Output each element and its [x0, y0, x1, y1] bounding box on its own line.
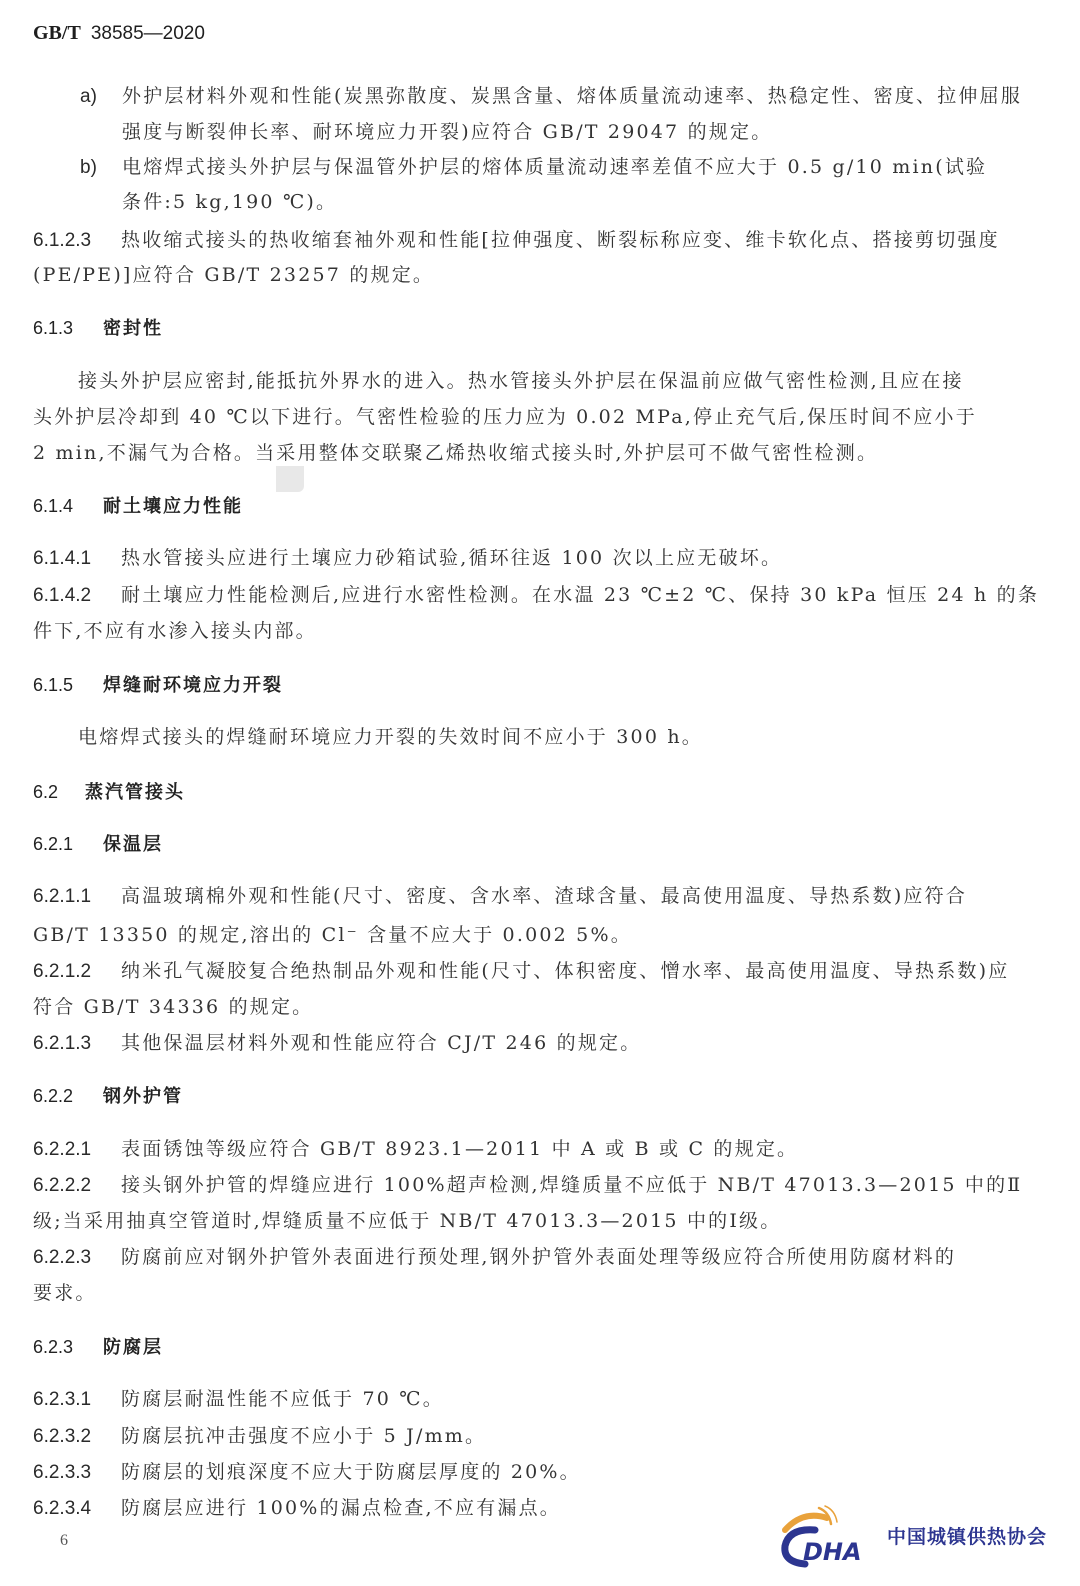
section-title: 密封性	[103, 318, 163, 339]
page-number: 6	[60, 1532, 68, 1550]
paragraph-line: 接头外护层应密封,能抵抗外界水的进入。热水管接头外护层在保温前应做气密性检测,且…	[78, 369, 964, 393]
clause-text: 耐土壤应力性能检测后,应进行水密性检测。在水温 23 ℃±2 ℃、保持 30 k…	[121, 584, 1039, 606]
clause-6-2-2-3: 6.2.2.3防腐前应对钢外护管外表面进行预处理,钢外护管外表面处理等级应符合所…	[33, 1245, 956, 1270]
cdha-logo: DHA 中国城镇供热协会	[775, 1500, 1065, 1570]
clause-6-2-2-2: 6.2.2.2接头钢外护管的焊缝应进行 100%超声检测,焊缝质量不应低于 NB…	[33, 1173, 1022, 1198]
clause-text: 表面锈蚀等级应符合 GB/T 8923.1—2011 中 A 或 B 或 C 的…	[121, 1138, 798, 1160]
clause-text: (PE/PE)]应符合 GB/T 23257 的规定。	[33, 264, 434, 286]
paragraph-text: 头外护层冷却到 40 ℃以下进行。气密性检验的压力应为 0.02 MPa,停止充…	[33, 406, 977, 428]
standard-prefix: GB/T	[33, 22, 81, 44]
section-number: 6.1.5	[33, 673, 103, 697]
clause-text: 防腐层的划痕深度不应大于防腐层厚度的 20%。	[121, 1461, 581, 1483]
clause-6-2-1-2: 6.2.1.2纳米孔气凝胶复合绝热制品外观和性能(尺寸、体积密度、憎水率、最高使…	[33, 959, 1009, 984]
clause-text: 防腐层耐温性能不应低于 70 ℃。	[121, 1388, 444, 1410]
section-number: 6.2.1	[33, 832, 103, 856]
clause-text: 接头钢外护管的焊缝应进行 100%超声检测,焊缝质量不应低于 NB/T 4701…	[121, 1174, 1022, 1196]
section-number: 6.1.4	[33, 494, 103, 518]
clause-text: GB/T 13350 的规定,溶出的 Cl⁻ 含量不应大于 0.002 5%。	[33, 924, 632, 946]
clause-text: 防腐层抗冲击强度不应小于 5 J/mm。	[121, 1425, 486, 1447]
section-heading-6-2-1: 6.2.1保温层	[33, 832, 163, 857]
section-title: 焊缝耐环境应力开裂	[103, 675, 283, 696]
list-text: 电熔焊式接头外护层与保温管外护层的熔体质量流动速率差值不应大于 0.5 g/10…	[122, 156, 987, 178]
clause-text: 防腐前应对钢外护管外表面进行预处理,钢外护管外表面处理等级应符合所使用防腐材料的	[121, 1246, 956, 1268]
paragraph-text: 接头外护层应密封,能抵抗外界水的进入。热水管接头外护层在保温前应做气密性检测,且…	[78, 370, 964, 392]
list-text: 强度与断裂伸长率、耐环境应力开裂)应符合 GB/T 29047 的规定。	[122, 121, 772, 143]
document-code-header: GB/T 38585—2020	[33, 22, 205, 45]
clause-6-2-2-2-cont: 级;当采用抽真空管道时,焊缝质量不应低于 NB/T 47013.3—2015 中…	[33, 1209, 781, 1233]
list-item-a-cont: 强度与断裂伸长率、耐环境应力开裂)应符合 GB/T 29047 的规定。	[122, 120, 772, 144]
clause-number: 6.1.4.2	[33, 584, 121, 608]
clause-6-1-4-1: 6.1.4.1热水管接头应进行土壤应力砂箱试验,循环往返 100 次以上应无破坏…	[33, 546, 782, 571]
list-item-b: b)电熔焊式接头外护层与保温管外护层的熔体质量流动速率差值不应大于 0.5 g/…	[80, 155, 987, 180]
standard-number: 38585—2020	[91, 23, 205, 44]
clause-text: 级;当采用抽真空管道时,焊缝质量不应低于 NB/T 47013.3—2015 中…	[33, 1210, 781, 1232]
section-title: 耐土壤应力性能	[103, 496, 243, 517]
list-text: 条件:5 kg,190 ℃)。	[122, 191, 337, 213]
clause-text: 其他保温层材料外观和性能应符合 CJ/T 246 的规定。	[121, 1032, 641, 1054]
paragraph-text: 2 min,不漏气为合格。当采用整体交联聚乙烯热收缩式接头时,外护层可不做气密性…	[33, 442, 878, 464]
clause-number: 6.2.1.1	[33, 885, 121, 909]
clause-6-2-1-1: 6.2.1.1高温玻璃棉外观和性能(尺寸、密度、含水率、渣球含量、最高使用温度、…	[33, 884, 967, 909]
clause-text: 件下,不应有水渗入接头内部。	[33, 620, 317, 642]
clause-6-2-3-4: 6.2.3.4防腐层应进行 100%的漏点检查,不应有漏点。	[33, 1496, 561, 1521]
paragraph-text: 电熔焊式接头的焊缝耐环境应力开裂的失效时间不应小于 300 h。	[78, 726, 703, 748]
clause-text: 要求。	[33, 1282, 97, 1304]
section-title: 钢外护管	[103, 1086, 183, 1107]
clause-6-1-2-3-cont: (PE/PE)]应符合 GB/T 23257 的规定。	[33, 263, 434, 287]
clause-text: 符合 GB/T 34336 的规定。	[33, 996, 313, 1018]
association-name: 中国城镇供热协会	[887, 1522, 1047, 1549]
clause-text: 防腐层应进行 100%的漏点检查,不应有漏点。	[121, 1497, 561, 1519]
section-title: 防腐层	[103, 1337, 163, 1358]
clause-number: 6.2.1.3	[33, 1032, 121, 1056]
section-title: 保温层	[103, 834, 163, 855]
paragraph-line: 2 min,不漏气为合格。当采用整体交联聚乙烯热收缩式接头时,外护层可不做气密性…	[33, 441, 878, 465]
clause-number: 6.1.2.3	[33, 229, 121, 253]
clause-number: 6.2.2.1	[33, 1138, 121, 1162]
clause-number: 6.2.3.2	[33, 1425, 121, 1449]
clause-number: 6.2.2.3	[33, 1246, 121, 1270]
section-number: 6.2.2	[33, 1084, 103, 1108]
clause-6-2-2-1: 6.2.2.1表面锈蚀等级应符合 GB/T 8923.1—2011 中 A 或 …	[33, 1137, 798, 1162]
clause-number: 6.2.2.2	[33, 1174, 121, 1198]
clause-number: 6.2.3.3	[33, 1461, 121, 1485]
section-heading-6-1-5: 6.1.5焊缝耐环境应力开裂	[33, 673, 283, 698]
paragraph-line: 头外护层冷却到 40 ℃以下进行。气密性检验的压力应为 0.02 MPa,停止充…	[33, 405, 977, 429]
cdha-logo-icon: DHA	[775, 1500, 895, 1570]
section-title: 蒸汽管接头	[85, 782, 185, 803]
clause-6-2-3-1: 6.2.3.1防腐层耐温性能不应低于 70 ℃。	[33, 1387, 444, 1412]
clause-6-2-3-2: 6.2.3.2防腐层抗冲击强度不应小于 5 J/mm。	[33, 1424, 486, 1449]
clause-6-1-4-2: 6.1.4.2耐土壤应力性能检测后,应进行水密性检测。在水温 23 ℃±2 ℃、…	[33, 583, 1039, 608]
clause-text: 高温玻璃棉外观和性能(尺寸、密度、含水率、渣球含量、最高使用温度、导热系数)应符…	[121, 885, 967, 907]
list-item-b-cont: 条件:5 kg,190 ℃)。	[122, 190, 337, 214]
scan-artifact	[276, 466, 304, 492]
list-text: 外护层材料外观和性能(炭黑弥散度、炭黑含量、熔体质量流动速率、热稳定性、密度、拉…	[122, 85, 1022, 107]
clause-number: 6.2.1.2	[33, 960, 121, 984]
clause-6-2-2-3-cont: 要求。	[33, 1281, 97, 1305]
section-heading-6-2-3: 6.2.3防腐层	[33, 1335, 163, 1360]
section-heading-6-1-3: 6.1.3密封性	[33, 316, 163, 341]
clause-text: 热水管接头应进行土壤应力砂箱试验,循环往返 100 次以上应无破坏。	[121, 547, 782, 569]
list-label: a)	[80, 85, 122, 109]
clause-text: 热收缩式接头的热收缩套袖外观和性能[拉伸强度、断裂标称应变、维卡软化点、搭接剪切…	[121, 229, 1000, 251]
clause-6-2-1-2-cont: 符合 GB/T 34336 的规定。	[33, 995, 313, 1019]
section-number: 6.2	[33, 780, 85, 804]
svg-text:DHA: DHA	[803, 1538, 862, 1566]
section-heading-6-2: 6.2蒸汽管接头	[33, 780, 185, 805]
clause-6-2-3-3: 6.2.3.3防腐层的划痕深度不应大于防腐层厚度的 20%。	[33, 1460, 581, 1485]
clause-number: 6.2.3.4	[33, 1497, 121, 1521]
clause-number: 6.2.3.1	[33, 1388, 121, 1412]
clause-6-1-2-3: 6.1.2.3热收缩式接头的热收缩套袖外观和性能[拉伸强度、断裂标称应变、维卡软…	[33, 228, 1000, 253]
clause-6-1-4-2-cont: 件下,不应有水渗入接头内部。	[33, 619, 317, 643]
paragraph-line: 电熔焊式接头的焊缝耐环境应力开裂的失效时间不应小于 300 h。	[78, 725, 703, 749]
list-item-a: a)外护层材料外观和性能(炭黑弥散度、炭黑含量、熔体质量流动速率、热稳定性、密度…	[80, 84, 1022, 109]
section-number: 6.2.3	[33, 1335, 103, 1359]
clause-6-2-1-1-cont: GB/T 13350 的规定,溶出的 Cl⁻ 含量不应大于 0.002 5%。	[33, 923, 632, 947]
section-heading-6-1-4: 6.1.4耐土壤应力性能	[33, 494, 243, 519]
clause-number: 6.1.4.1	[33, 547, 121, 571]
section-number: 6.1.3	[33, 316, 103, 340]
section-heading-6-2-2: 6.2.2钢外护管	[33, 1084, 183, 1109]
clause-text: 纳米孔气凝胶复合绝热制品外观和性能(尺寸、体积密度、憎水率、最高使用温度、导热系…	[121, 960, 1009, 982]
clause-6-2-1-3: 6.2.1.3其他保温层材料外观和性能应符合 CJ/T 246 的规定。	[33, 1031, 641, 1056]
list-label: b)	[80, 156, 122, 180]
